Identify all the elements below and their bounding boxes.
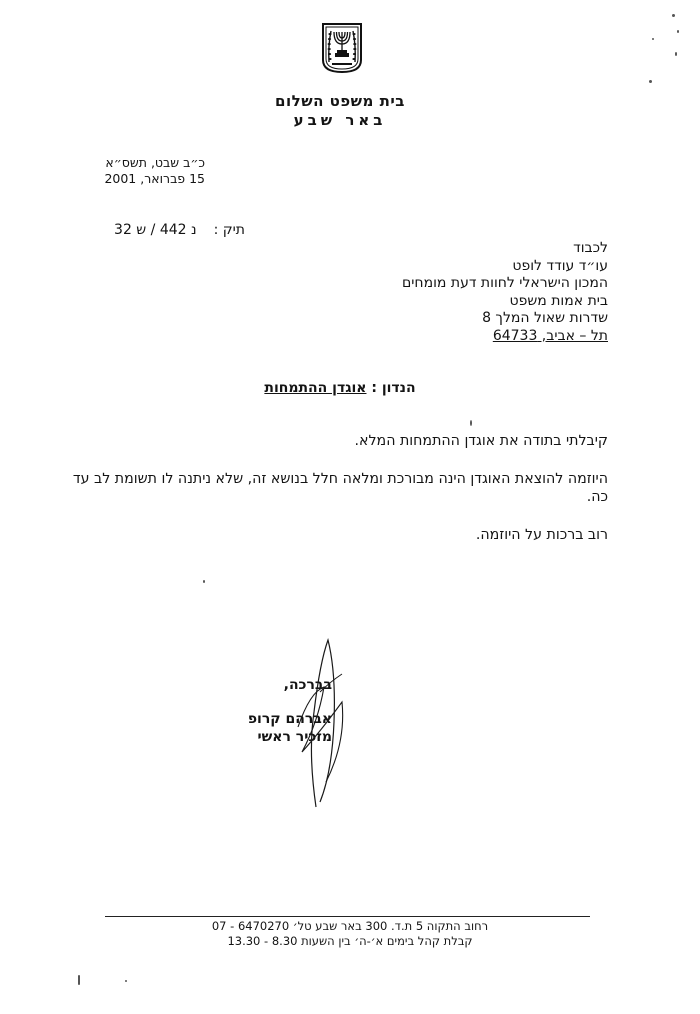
state-emblem-icon (320, 22, 364, 74)
body-paragraph-3: רוב ברכות על היוזמה. (476, 526, 608, 544)
subject-label: הנדון : (371, 380, 415, 396)
file-reference: תיק : נ 442 / ש 32 (114, 222, 245, 238)
handwritten-signature-icon (290, 632, 360, 812)
gregorian-date: 15 פברואר, 2001 (104, 171, 205, 187)
court-name: בית משפט השלום (230, 92, 450, 110)
recipient-organization: המכון הישראלי לחוות דעת מומחים (402, 275, 608, 293)
recipient-address: לכבוד עו״ד עודד לופט המכון הישראלי לחוות… (402, 240, 608, 345)
recipient-street: שדרות שאול המלך 8 (402, 310, 608, 328)
recipient-name: עו״ד עודד לופט (402, 258, 608, 276)
footer-address: רחוב התקוה 5 ת.ד. 300 באר שבע טל׳ 647027… (150, 919, 550, 934)
subject-value: אוגדן ההתמחות (264, 380, 366, 396)
subject-line: הנדון : אוגדן ההתמחות (240, 380, 440, 396)
recipient-city-zip: תל – אביב, 64733 (402, 328, 608, 346)
body-paragraph-1: קיבלתי בתודה את אוגדן ההתמחות המלא. (355, 432, 609, 450)
file-reference-value: נ 442 / ש 32 (114, 222, 197, 238)
footer-hours: קבלת קהל בימים א׳-ה׳ בין השעות 8.30 - 13… (150, 934, 550, 949)
court-city: באר שבע (230, 111, 450, 129)
footer: רחוב התקוה 5 ת.ד. 300 באר שבע טל׳ 647027… (150, 919, 550, 949)
hebrew-date: כ״ב שבט, תשס״א (105, 155, 205, 171)
recipient-building: בית אמות משפט (402, 293, 608, 311)
footer-divider (105, 916, 590, 917)
body-paragraph-2: היוזמה להוצאת האוגדן הינה מבורכת ומלאה ח… (68, 470, 608, 506)
salutation: לכבוד (402, 240, 608, 258)
file-reference-label: תיק : (214, 222, 245, 238)
